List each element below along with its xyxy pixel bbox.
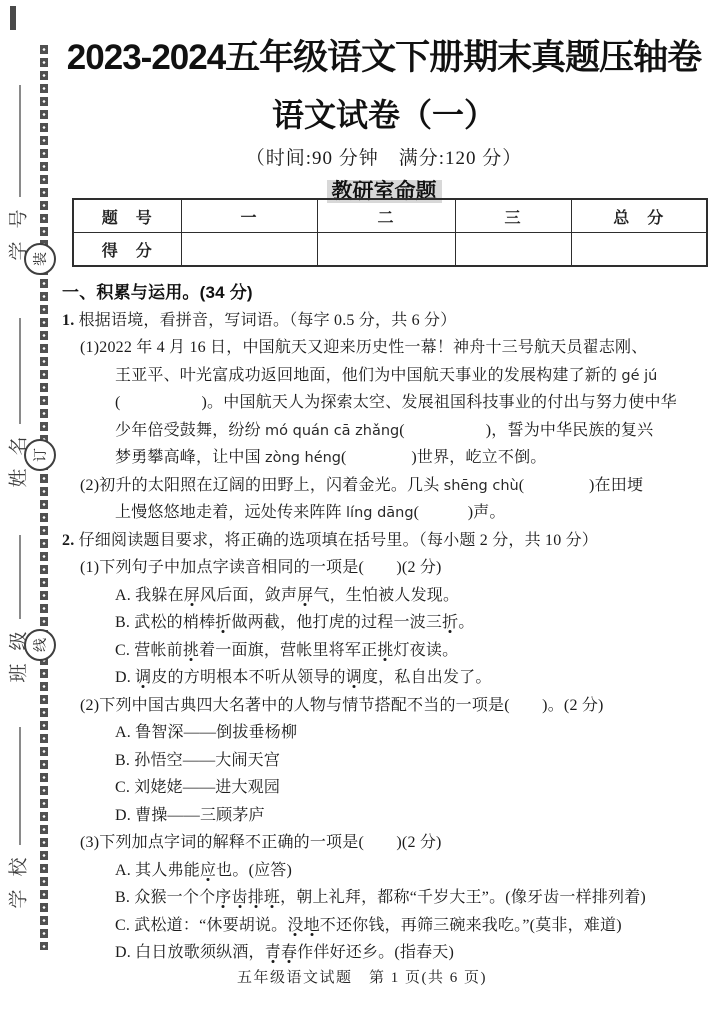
text-line: D. 白日放歌须纵酒，青春作伴好还乡。(指春天) — [62, 939, 718, 967]
text-line: 梦勇攀高峰，让中国 zòng héng( )世界，屹立不倒。 — [62, 444, 718, 472]
score-table-header-cell: 总 分 — [571, 199, 707, 233]
header-block: 2023-2024五年级语文下册期末真题压轴卷 语文试卷（一） （时间:90 分… — [56, 0, 712, 205]
emphasized-char: 排 — [248, 889, 264, 906]
emphasized-char: 屏 — [184, 587, 200, 604]
text-segment: B. 武松的梢棒 — [115, 614, 215, 631]
text-line: C. 武松道：“休要胡说。没地不还你钱，再筛三碗来我吃。”(莫非，难道) — [62, 912, 718, 940]
text-segment: ( )。中国航天人为探索太空、发展祖国科技事业的付出与努力使中华 — [115, 394, 677, 411]
text-line: A. 鲁智深——倒拔垂杨柳 — [62, 719, 718, 747]
text-segment: ，朝上礼拜，都称“千岁大王”。(像牙齿一样排列着) — [280, 889, 646, 906]
text-line: B. 孙悟空——大闹天宫 — [62, 747, 718, 775]
text-segment: B. 孙悟空——大闹天宫 — [115, 752, 280, 769]
text-segment: ( )，誓为中华民族的复兴 — [399, 422, 653, 439]
text-segment: A. 鲁智深——倒拔垂杨柳 — [115, 724, 297, 741]
text-segment: 根据语境，看拼音，写词语。（每字 0.5 分，共 6 分） — [74, 312, 456, 329]
text-segment: (1)下列句子中加点字读音相同的一项是( )(2 分) — [80, 559, 442, 576]
emphasized-char: 没 — [287, 917, 303, 934]
paper-title: 2023-2024五年级语文下册期末真题压轴卷 — [56, 30, 712, 80]
text-segment: (1)2022 年 4 月 16 日，中国航天又迎来历史性一幕！神舟十三号航天员… — [80, 339, 647, 356]
binding-corner-mark — [10, 6, 16, 30]
text-line: (1)2022 年 4 月 16 日，中国航天又迎来历史性一幕！神舟十三号航天员… — [62, 334, 718, 362]
score-row-label: 得 分 — [73, 233, 181, 267]
pinyin-text: zòng héng — [265, 450, 341, 466]
seal-stamp-ding: 订 — [24, 439, 56, 471]
text-segment: A. 其人弗能 — [115, 862, 200, 879]
fill-in-blank-line — [19, 727, 21, 845]
text-segment: 2. — [62, 532, 74, 549]
text-line: 2. 仔细阅读题目要求，将正确的选项填在括号里。（每小题 2 分，共 10 分） — [62, 527, 718, 555]
field-label-char: 姓 — [10, 468, 30, 487]
paper-subtitle: 语文试卷（一） — [56, 90, 712, 136]
text-line: A. 我躲在屏风后面，敛声屏气，生怕被人发现。 — [62, 582, 718, 610]
text-line: 少年倍受鼓舞，纷纷 mó quán cā zhǎng( )，誓为中华民族的复兴 — [62, 417, 718, 445]
text-line: A. 其人弗能应也。(应答) — [62, 857, 718, 885]
score-cell — [317, 233, 455, 267]
text-segment: 王亚平、叶光富成功返回地面，他们为中国航天事业的发展构建了新的 — [115, 367, 621, 384]
text-segment: C. 刘姥姥——进大观园 — [115, 779, 280, 796]
emphasized-char: 调 — [346, 669, 362, 686]
text-line: C. 刘姥姥——进大观园 — [62, 774, 718, 802]
page-footer: 五年级语文试题 第 1 页(共 6 页) — [0, 966, 724, 987]
emphasized-char: 班 — [264, 889, 280, 906]
emphasized-char: 挑 — [183, 642, 199, 659]
emphasized-char: 挑 — [377, 642, 393, 659]
text-segment: 作伴好还乡。(指春天) — [297, 944, 454, 961]
stamp-char: 线 — [30, 638, 50, 652]
emphasized-char: 折 — [442, 614, 458, 631]
score-table-header-cell: 题 号 — [73, 199, 181, 233]
text-segment: ( )在田埂 — [519, 477, 643, 494]
emphasized-char: 齿 — [231, 889, 247, 906]
seal-stamp-xian: 线 — [24, 629, 56, 661]
fill-in-blank-line — [19, 318, 21, 424]
text-segment: C. 营帐前 — [115, 642, 183, 659]
fill-in-blank-line — [19, 535, 21, 619]
stamp-char: 装 — [30, 252, 50, 266]
emphasized-char: 折 — [215, 614, 231, 631]
field-label-char: 班 — [10, 663, 30, 682]
text-segment: (3)下列加点字词的解释不正确的一项是( )(2 分) — [80, 834, 442, 851]
score-table: 题 号 一 二 三 总 分 得 分 — [72, 198, 708, 267]
score-cell — [455, 233, 571, 267]
text-segment: ( )声。 — [414, 504, 506, 521]
text-segment: 梦勇攀高峰，让中国 — [115, 449, 265, 466]
text-segment: 做两截，他打虎的过程一波三 — [231, 614, 442, 631]
text-segment: D. 白日放歌须纵酒， — [115, 944, 265, 961]
text-line: (3)下列加点字词的解释不正确的一项是( )(2 分) — [62, 829, 718, 857]
score-cell — [571, 233, 707, 267]
text-segment: B. 众猴一个个 — [115, 889, 215, 906]
emphasized-char: 序 — [215, 889, 231, 906]
field-label-char: 学 — [10, 889, 30, 908]
text-segment: 也。(应答) — [216, 862, 292, 879]
text-segment: 皮的方明根本不听从领导的 — [151, 669, 345, 686]
text-segment: 仔细阅读题目要求，将正确的选项填在括号里。（每小题 2 分，共 10 分） — [74, 532, 598, 549]
time-score-info: （时间:90 分钟 满分:120 分） — [56, 143, 712, 170]
score-table-header-row: 题 号 一 二 三 总 分 — [73, 199, 707, 233]
text-segment: 气，生怕被人发现。 — [313, 587, 459, 604]
text-segment: 灯夜读。 — [393, 642, 458, 659]
text-segment: 着一面旗，营帐里将军正 — [199, 642, 377, 659]
emphasized-char: 调 — [135, 669, 151, 686]
seal-perforation-line — [40, 45, 48, 950]
pinyin-text: líng dāng — [346, 505, 414, 521]
text-line: D. 曹操——三顾茅庐 — [62, 802, 718, 830]
text-segment: 度，私自出发了。 — [362, 669, 492, 686]
text-line: B. 武松的梢棒折做两截，他打虎的过程一波三折。 — [62, 609, 718, 637]
text-segment: 不还你钱，再筛三碗来我吃。”(莫非，难道) — [320, 917, 622, 934]
text-segment: D. 曹操——三顾茅庐 — [115, 807, 265, 824]
text-segment: 1. — [62, 312, 74, 329]
text-segment: C. 武松道：“休要胡说。 — [115, 917, 287, 934]
text-line: 王亚平、叶光富成功返回地面，他们为中国航天事业的发展构建了新的 gé jú — [62, 362, 718, 390]
field-label-char: 号 — [10, 209, 30, 228]
text-segment: ( )世界，屹立不倒。 — [341, 449, 546, 466]
seal-stamp-zhuang: 装 — [24, 243, 56, 275]
text-line: C. 营帐前挑着一面旗，营帐里将军正挑灯夜读。 — [62, 637, 718, 665]
text-segment: (2)初升的太阳照在辽阔的田野上，闪着金光。几头 — [80, 477, 444, 494]
text-line: B. 众猴一个个序齿排班，朝上礼拜，都称“千岁大王”。(像牙齿一样排列着) — [62, 884, 718, 912]
emphasized-char: 青 — [265, 944, 281, 961]
text-segment: 少年倍受鼓舞，纷纷 — [115, 422, 265, 439]
text-segment: 风后面，敛声 — [200, 587, 297, 604]
text-segment: 上慢悠悠地走着，远处传来阵阵 — [115, 504, 346, 521]
pinyin-text: mó quán cā zhǎng — [265, 423, 399, 439]
stamp-char: 订 — [30, 448, 50, 462]
score-table-header-cell: 一 — [181, 199, 317, 233]
text-segment: D. — [115, 669, 135, 686]
text-line: ( )。中国航天人为探索太空、发展祖国科技事业的付出与努力使中华 — [62, 389, 718, 417]
score-table-header-cell: 二 — [317, 199, 455, 233]
text-segment: 。 — [458, 614, 474, 631]
pinyin-text: gé jú — [621, 368, 657, 384]
pinyin-text: shēng chù — [444, 478, 519, 494]
text-segment: (2)下列中国古典四大名著中的人物与情节搭配不当的一项是( )。(2 分) — [80, 697, 604, 714]
text-line: 一、积累与运用。(34 分) — [62, 279, 718, 307]
emphasized-char: 地 — [304, 917, 320, 934]
text-line: (2)下列中国古典四大名著中的人物与情节搭配不当的一项是( )。(2 分) — [62, 692, 718, 720]
text-line: 1. 根据语境，看拼音，写词语。（每字 0.5 分，共 6 分） — [62, 307, 718, 335]
exam-paper-page: 号 学 名 姓 级 班 校 学 装 订 线 2023-2024五年级语文下册期末… — [0, 0, 724, 1024]
text-line: D. 调皮的方明根本不听从领导的调度，私自出发了。 — [62, 664, 718, 692]
text-line: 上慢悠悠地走着，远处传来阵阵 líng dāng( )声。 — [62, 499, 718, 527]
text-line: (1)下列句子中加点字读音相同的一项是( )(2 分) — [62, 554, 718, 582]
student-number-field: 号 学 — [7, 85, 33, 261]
school-field: 校 学 — [7, 727, 33, 909]
score-table-score-row: 得 分 — [73, 233, 707, 267]
emphasized-char: 应 — [200, 862, 216, 879]
question-body: 一、积累与运用。(34 分)1. 根据语境，看拼音，写词语。（每字 0.5 分，… — [62, 279, 718, 967]
text-segment: A. 我躲在 — [115, 587, 184, 604]
emphasized-char: 春 — [281, 944, 297, 961]
field-label-char: 校 — [10, 857, 30, 876]
emphasized-char: 屏 — [297, 587, 313, 604]
score-cell — [181, 233, 317, 267]
fill-in-blank-line — [19, 85, 21, 197]
score-table-header-cell: 三 — [455, 199, 571, 233]
text-segment: 一、积累与运用。(34 分) — [62, 283, 253, 302]
class-field: 级 班 — [7, 535, 33, 683]
text-line: (2)初升的太阳照在辽阔的田野上，闪着金光。几头 shēng chù( )在田埂 — [62, 472, 718, 500]
